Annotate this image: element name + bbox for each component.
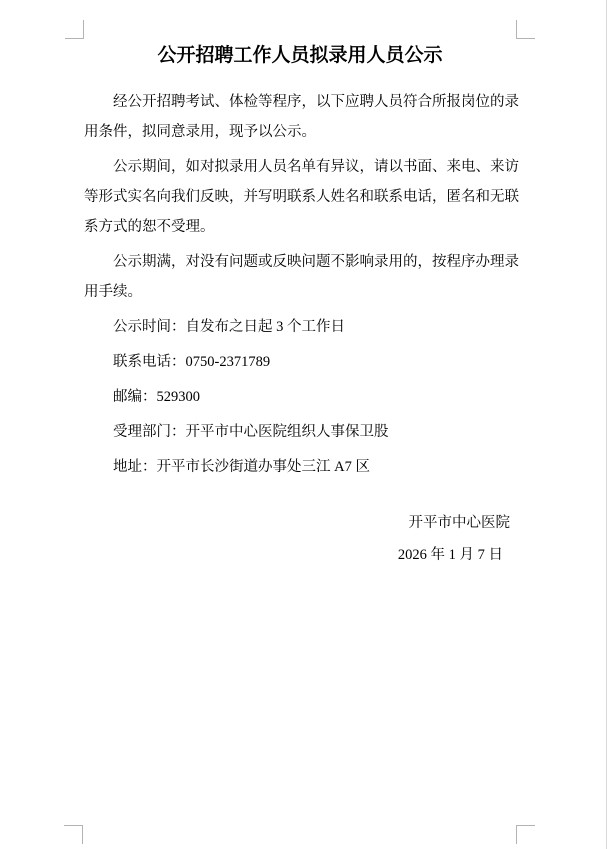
- info-line-publicity-period: 公示时间：自发布之日起 3 个工作日: [84, 312, 516, 342]
- paragraph-line: 系方式的恕不受理。: [84, 212, 516, 242]
- paragraph-line: 用手续。: [84, 277, 516, 307]
- text-boundary-mark-top-left: [65, 20, 84, 39]
- page-right-edge-line: [606, 0, 607, 849]
- text-boundary-mark-bottom-left: [64, 825, 83, 844]
- signature-block: 开平市中心医院 2026 年 1 月 7 日: [84, 508, 516, 570]
- text-boundary-mark-bottom-right: [516, 825, 535, 844]
- paragraph-line: 等形式实名向我们反映，并写明联系人姓名和联系电话，匿名和无联: [84, 182, 516, 212]
- info-line-address: 地址：开平市长沙街道办事处三江 A7 区: [84, 452, 516, 482]
- paragraph-after-publicity: 公示期满，对没有问题或反映问题不影响录用的，按程序办理录 用手续。: [84, 247, 516, 307]
- info-line-accepting-department: 受理部门：开平市中心医院组织人事保卫股: [84, 417, 516, 447]
- info-line-postal-code: 邮编：529300: [84, 382, 516, 412]
- document-body: 经公开招聘考试、体检等程序，以下应聘人员符合所报岗位的录 用条件，拟同意录用，现…: [84, 87, 516, 570]
- paragraph-line: 公示期满，对没有问题或反映问题不影响录用的，按程序办理录: [84, 247, 516, 277]
- text-boundary-mark-top-right: [516, 20, 535, 39]
- document-page: 公开招聘工作人员拟录用人员公示 经公开招聘考试、体检等程序，以下应聘人员符合所报…: [0, 0, 610, 849]
- document-title: 公开招聘工作人员拟录用人员公示: [84, 40, 516, 72]
- document-content: 公开招聘工作人员拟录用人员公示 经公开招聘考试、体检等程序，以下应聘人员符合所报…: [84, 40, 516, 570]
- paragraph-line: 公示期间，如对拟录用人员名单有异议，请以书面、来电、来访: [84, 152, 516, 182]
- paragraph-line: 用条件，拟同意录用，现予以公示。: [84, 117, 516, 147]
- paragraph-line: 经公开招聘考试、体检等程序，以下应聘人员符合所报岗位的录: [84, 87, 516, 117]
- info-line-contact-phone: 联系电话：0750-2371789: [84, 347, 516, 377]
- signature-date: 2026 年 1 月 7 日: [84, 540, 516, 570]
- paragraph-recruitment-result: 经公开招聘考试、体检等程序，以下应聘人员符合所报岗位的录 用条件，拟同意录用，现…: [84, 87, 516, 147]
- paragraph-objection-instructions: 公示期间，如对拟录用人员名单有异议，请以书面、来电、来访 等形式实名向我们反映，…: [84, 152, 516, 242]
- signature-organization: 开平市中心医院: [84, 508, 516, 538]
